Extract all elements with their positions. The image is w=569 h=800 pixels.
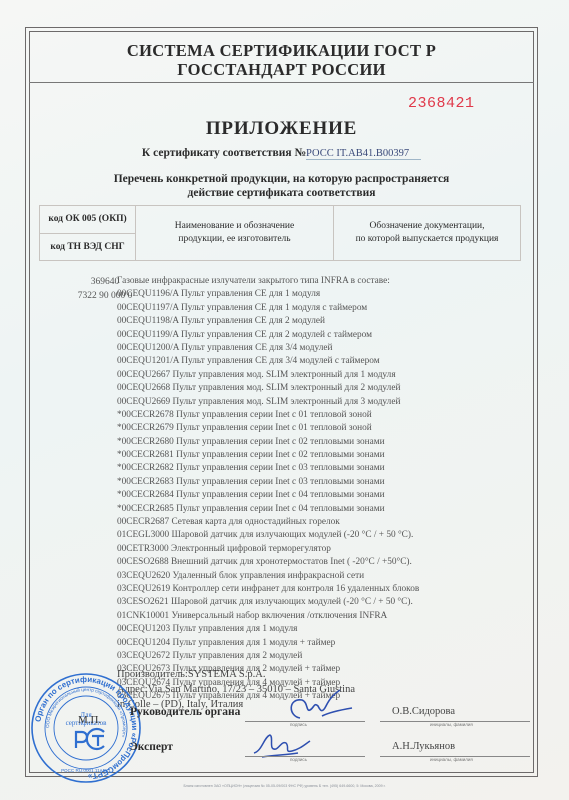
stamp-reg-number: РОСС RU.0001.11АВ41 bbox=[61, 768, 111, 773]
product-item: *00CECR2680 Пульт управления серии Inet … bbox=[117, 436, 527, 449]
header-documentation: Обозначение документации, по которой вып… bbox=[334, 206, 521, 261]
product-item: 00CEQU2669 Пульт управления мод. SLIM эл… bbox=[117, 396, 527, 409]
product-item: 00CEQU1204 Пульт управления для 1 модуля… bbox=[117, 637, 527, 650]
serial-number: 2368421 bbox=[408, 95, 475, 112]
system-title-line1: СИСТЕМА СЕРТИФИКАЦИИ ГОСТ Р bbox=[29, 41, 534, 60]
product-item: 00CETR3000 Электронный цифровой терморег… bbox=[117, 543, 527, 556]
product-item: 03CEQU2672 Пульт управления для 2 модуле… bbox=[117, 650, 527, 663]
certificate-ref-label: К сертификату соответствия № bbox=[142, 147, 306, 159]
product-item: 00CEQU2668 Пульт управления мод. SLIM эл… bbox=[117, 382, 527, 395]
product-item: 00CEQU1198/A Пульт управления CE для 2 м… bbox=[117, 315, 527, 328]
product-item: 03CESO2621 Шаровой датчик для излучающих… bbox=[117, 596, 527, 609]
product-item: 00CEQU1199/A Пульт управления CE для 2 м… bbox=[117, 329, 527, 342]
header-documentation-line2: по которой выпускается продукция bbox=[336, 233, 518, 246]
header-product-name-line2: продукции, ее изготовитель bbox=[138, 233, 331, 246]
header-divider bbox=[29, 82, 534, 83]
product-item: *00CECR2682 Пульт управления серии Inet … bbox=[117, 462, 527, 475]
expert-name-caption: инициалы, фамилия bbox=[430, 757, 473, 762]
product-list-title: Перечень конкретной продукции, на котору… bbox=[29, 172, 534, 200]
header-tnved-code: код ТН ВЭД СНГ bbox=[40, 233, 136, 261]
form-printer-footer: Бланк изготовлен ЗАО «ОПЦИОН» (лицензия … bbox=[0, 784, 569, 788]
certificate-number: РОСС IT.АВ41.В00397 bbox=[306, 148, 421, 160]
product-item: *00CECR2684 Пульт управления серии Inet … bbox=[117, 489, 527, 502]
product-item: 03CEQU2620 Удаленный блок управления инф… bbox=[117, 570, 527, 583]
page-title: ПРИЛОЖЕНИЕ bbox=[29, 118, 534, 140]
product-item: 00CEQU2667 Пульт управления мод. SLIM эл… bbox=[117, 369, 527, 382]
product-list-intro: Газовые инфракрасные излучатели закрытог… bbox=[117, 275, 527, 288]
product-item: 00CECR2687 Сетевая карта для одностадийн… bbox=[117, 516, 527, 529]
expert-name: А.Н.Лукьянов bbox=[392, 741, 455, 752]
product-item: 00CEQU1197/A Пульт управления CE для 1 м… bbox=[117, 302, 527, 315]
product-item: 03CEQU2619 Контроллер сети инфранет для … bbox=[117, 583, 527, 596]
expert-label: Эксперт bbox=[130, 741, 173, 753]
product-item: 00CEQU1201/A Пульт управления CE для 3/4… bbox=[117, 355, 527, 368]
product-item: 00CEQU1203 Пульт управления для 1 модуля bbox=[117, 623, 527, 636]
seal-place-label: М.П. bbox=[78, 714, 101, 726]
product-item: *00CECR2678 Пульт управления серии Inet … bbox=[117, 409, 527, 422]
signature-row-head: Руководитель органа подпись О.В.Сидорова… bbox=[130, 706, 530, 728]
header-okp-code: код ОК 005 (ОКП) bbox=[40, 206, 136, 234]
product-item: *00CECR2683 Пульт управления серии Inet … bbox=[117, 476, 527, 489]
manufacturer-name: Производитель:SYSTEMA S.p.A. bbox=[117, 667, 527, 682]
product-items: 00CEQU1196/A Пульт управления CE для 1 м… bbox=[117, 288, 527, 703]
header-product-name-line1: Наименование и обозначение bbox=[138, 220, 331, 233]
product-list-title-line2: действие сертификата соответствия bbox=[29, 186, 534, 200]
product-item: 01CNK10001 Универсальный набор включения… bbox=[117, 610, 527, 623]
header-product-name: Наименование и обозначение продукции, ее… bbox=[136, 206, 334, 261]
product-list: Газовые инфракрасные излучатели закрытог… bbox=[117, 275, 527, 704]
product-item: *00CECR2679 Пульт управления серии Inet … bbox=[117, 422, 527, 435]
certification-system-title: СИСТЕМА СЕРТИФИКАЦИИ ГОСТ Р ГОССТАНДАРТ … bbox=[29, 41, 534, 79]
signature-row-expert: Эксперт подпись А.Н.Лукьянов инициалы, ф… bbox=[130, 741, 530, 763]
expert-signature-caption: подпись bbox=[290, 757, 307, 762]
column-header-table: код ОК 005 (ОКП) Наименование и обозначе… bbox=[39, 205, 521, 261]
product-item: *00CECR2681 Пульт управления серии Inet … bbox=[117, 449, 527, 462]
pct-logo-icon bbox=[76, 729, 104, 749]
product-item: *00CECR2685 Пульт управления серии Inet … bbox=[117, 503, 527, 516]
head-signature-caption: подпись bbox=[290, 722, 307, 727]
head-name-caption: инициалы, фамилия bbox=[430, 722, 473, 727]
header-documentation-line1: Обозначение документации, bbox=[336, 220, 518, 233]
product-item: 01CEGL3000 Шаровой датчик для излучающих… bbox=[117, 529, 527, 542]
certificate-reference: К сертификату соответствия №РОСС IT.АВ41… bbox=[29, 147, 534, 159]
head-signature bbox=[278, 688, 358, 724]
product-list-title-line1: Перечень конкретной продукции, на котору… bbox=[29, 172, 534, 186]
product-item: 00CEQU1200/A Пульт управления CE для 3/4… bbox=[117, 342, 527, 355]
product-item: 00CESO2688 Внешний датчик для хронотермо… bbox=[117, 556, 527, 569]
head-label: Руководитель органа bbox=[130, 706, 240, 718]
system-title-line2: ГОССТАНДАРТ РОССИИ bbox=[29, 60, 534, 79]
product-item: 00CEQU1196/A Пульт управления CE для 1 м… bbox=[117, 288, 527, 301]
certification-stamp: Орган по сертификации продукции «РосПром… bbox=[30, 672, 142, 784]
head-name: О.В.Сидорова bbox=[392, 706, 455, 717]
